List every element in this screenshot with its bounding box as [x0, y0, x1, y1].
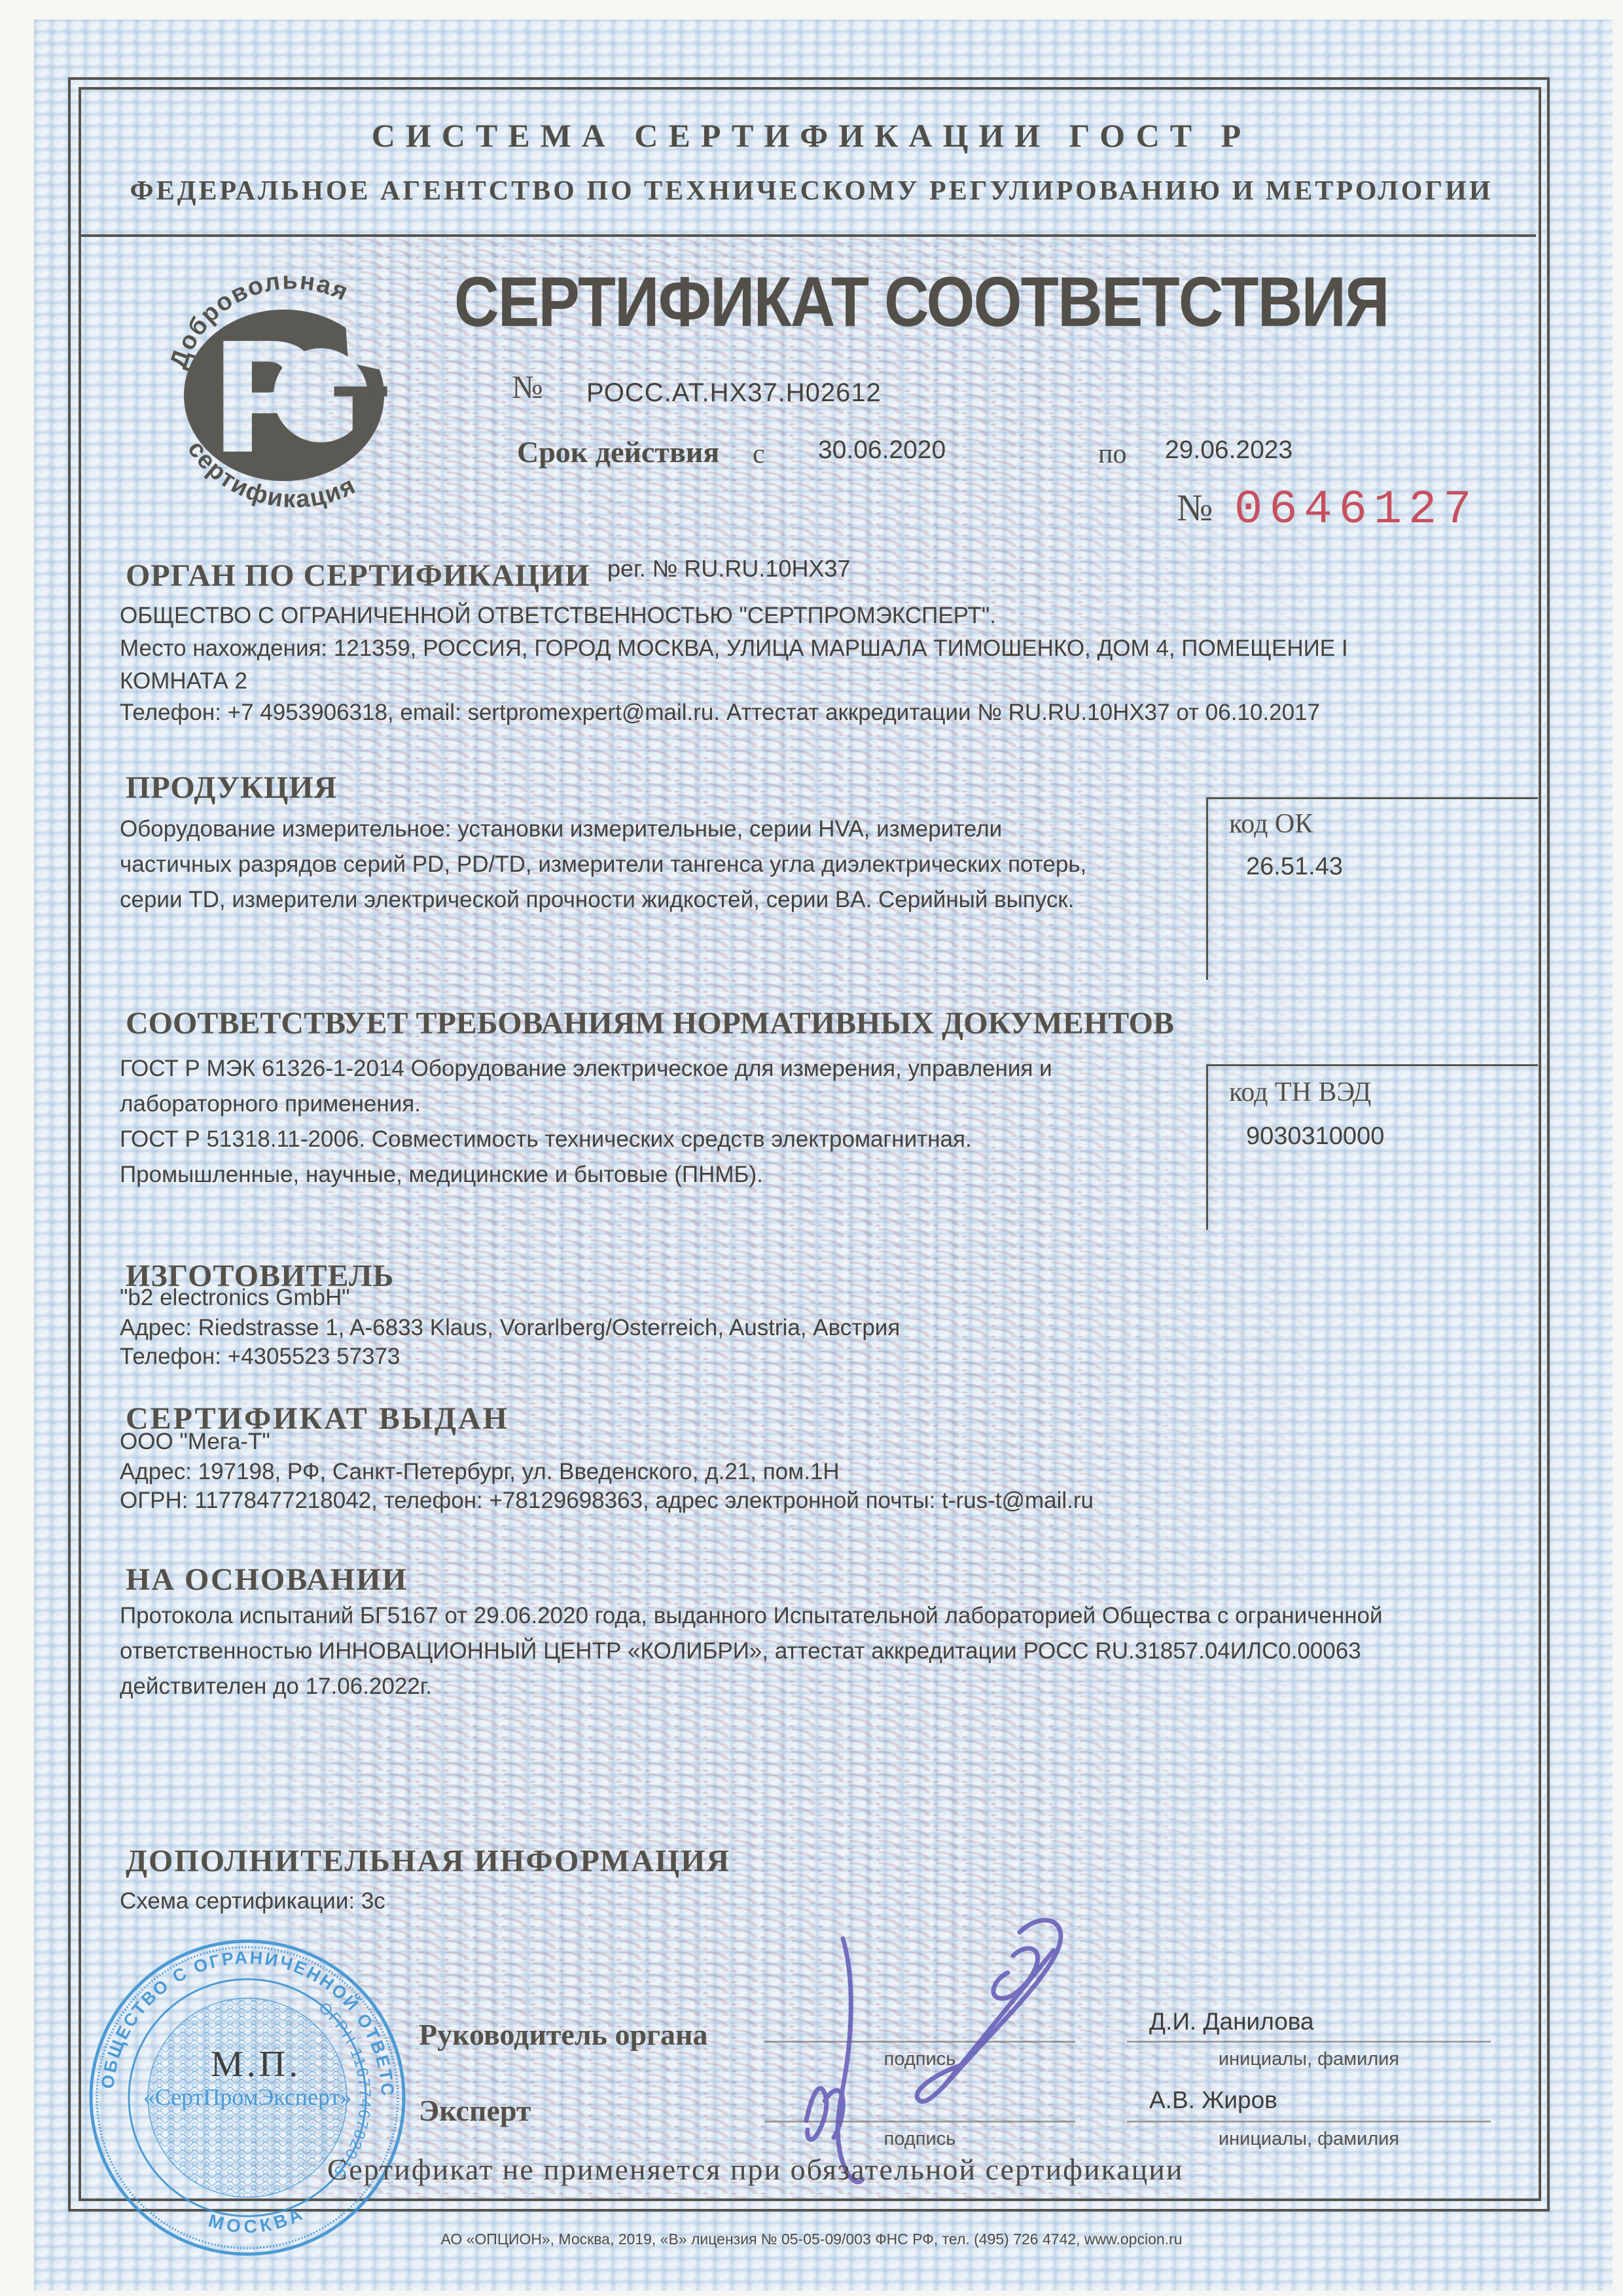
- manufacturer-phone: Телефон: +4305523 57373: [120, 1340, 400, 1373]
- issued-to-name: ООО "Мега-Т": [120, 1426, 270, 1458]
- cert-number-label: №: [512, 368, 543, 406]
- certification-body-contacts: Телефон: +7 4953906318, email: sertprome…: [120, 696, 1320, 729]
- head-name-caption: инициалы, фамилия: [1127, 2049, 1491, 2070]
- system-title: СИСТЕМА СЕРТИФИКАЦИИ ГОСТ Р: [0, 117, 1623, 154]
- expert-signature-name: А.В. Жиров: [1149, 2087, 1277, 2114]
- validity-from-label: с: [753, 439, 765, 470]
- certificate-page: СИСТЕМА СЕРТИФИКАЦИИ ГОСТ Р ФЕДЕРАЛЬНОЕ …: [0, 0, 1623, 2296]
- section-compliance-title: СООТВЕТСТВУЕТ ТРЕБОВАНИЯМ НОРМАТИВНЫХ ДО…: [126, 1005, 1174, 1041]
- section-certification-body-title: ОРГАН ПО СЕРТИФИКАЦИИ: [126, 558, 590, 594]
- ok-code-label: код ОК: [1229, 808, 1313, 840]
- certification-body-name: ОБЩЕСТВО С ОГРАНИЧЕННОЙ ОТВЕТСТВЕННОСТЬЮ…: [120, 600, 996, 632]
- head-signature-name: Д.И. Данилова: [1149, 2008, 1314, 2036]
- manufacturer-name: "b2 electronics GmbH": [120, 1282, 350, 1314]
- svg-text:«СертПромЭксперт»: «СертПромЭксперт»: [143, 2084, 352, 2110]
- blank-number-value: 0646127: [1234, 483, 1478, 537]
- validity-to-label: по: [1098, 439, 1126, 470]
- validity-label: Срок действия: [517, 435, 719, 469]
- validity-from-date: 30.06.2020: [818, 436, 946, 465]
- rst-mark-t: т: [334, 351, 387, 459]
- tn-ved-code-box: код ТН ВЭД 9030310000: [1206, 1064, 1538, 1230]
- tn-ved-code-label: код ТН ВЭД: [1229, 1077, 1371, 1108]
- cert-number-value: РОСС.AT.НХ37.Н02612: [586, 378, 882, 408]
- blank-number-label: №: [1177, 486, 1213, 529]
- section-additional-info-title: ДОПОЛНИТЕЛЬНАЯ ИНФОРМАЦИЯ: [126, 1843, 730, 1879]
- additional-info-text: Схема сертификации: 3с: [120, 1885, 385, 1918]
- tn-ved-code-value: 9030310000: [1246, 1122, 1384, 1151]
- ok-code-box: код ОК 26.51.43: [1206, 797, 1538, 980]
- expert-name-caption: инициалы, фамилия: [1127, 2128, 1491, 2150]
- validity-to-date: 29.06.2023: [1165, 436, 1293, 465]
- expert-name-line: [1127, 2121, 1491, 2123]
- rst-logo-icon: Р Добровольная т сертификация: [149, 240, 437, 541]
- stamp-place-label: М.П.: [211, 2043, 301, 2085]
- head-name-line: [1127, 2041, 1491, 2043]
- round-stamp-icon: ОБЩЕСТВО С ОГРАНИЧЕННОЙ ОТВЕТСТВЕННОСТЬЮ…: [86, 1936, 409, 2259]
- basis-text: Протокола испытаний БГ5167 от 29.06.2020…: [120, 1598, 1383, 1704]
- bottom-note: Сертификат не применяется при обязательн…: [327, 2152, 1184, 2187]
- ok-code-value: 26.51.43: [1246, 853, 1343, 881]
- header-divider: [81, 234, 1536, 237]
- compliance-text: ГОСТ Р МЭК 61326-1-2014 Оборудование эле…: [120, 1051, 1052, 1193]
- issued-to-details: ОГРН: 11778477218042, телефон: +78129698…: [120, 1484, 1094, 1517]
- issued-to-address: Адрес: 197198, РФ, Санкт-Петербург, ул. …: [120, 1456, 840, 1488]
- print-house-footer: АО «ОПЦИОН», Москва, 2019, «В» лицензия …: [0, 2231, 1623, 2248]
- expert-signature-label: Эксперт: [419, 2093, 531, 2128]
- section-basis-title: НА ОСНОВАНИИ: [126, 1562, 408, 1598]
- document-title: СЕРТИФИКАТ СООТВЕТСТВИЯ: [454, 260, 1389, 342]
- certification-body-reg: рег. № RU.RU.10НХ37: [607, 555, 851, 583]
- head-signature-label: Руководитель органа: [419, 2017, 707, 2052]
- certification-body-address: Место нахождения: 121359, РОССИЯ, ГОРОД …: [120, 632, 1348, 698]
- product-description: Оборудование измерительное: установки из…: [120, 812, 1086, 918]
- manufacturer-address: Адрес: Riedstrasse 1, A-6833 Klaus, Vora…: [120, 1312, 900, 1344]
- section-product-title: ПРОДУКЦИЯ: [126, 770, 337, 806]
- agency-title: ФЕДЕРАЛЬНОЕ АГЕНТСТВО ПО ТЕХНИЧЕСКОМУ РЕ…: [0, 175, 1623, 207]
